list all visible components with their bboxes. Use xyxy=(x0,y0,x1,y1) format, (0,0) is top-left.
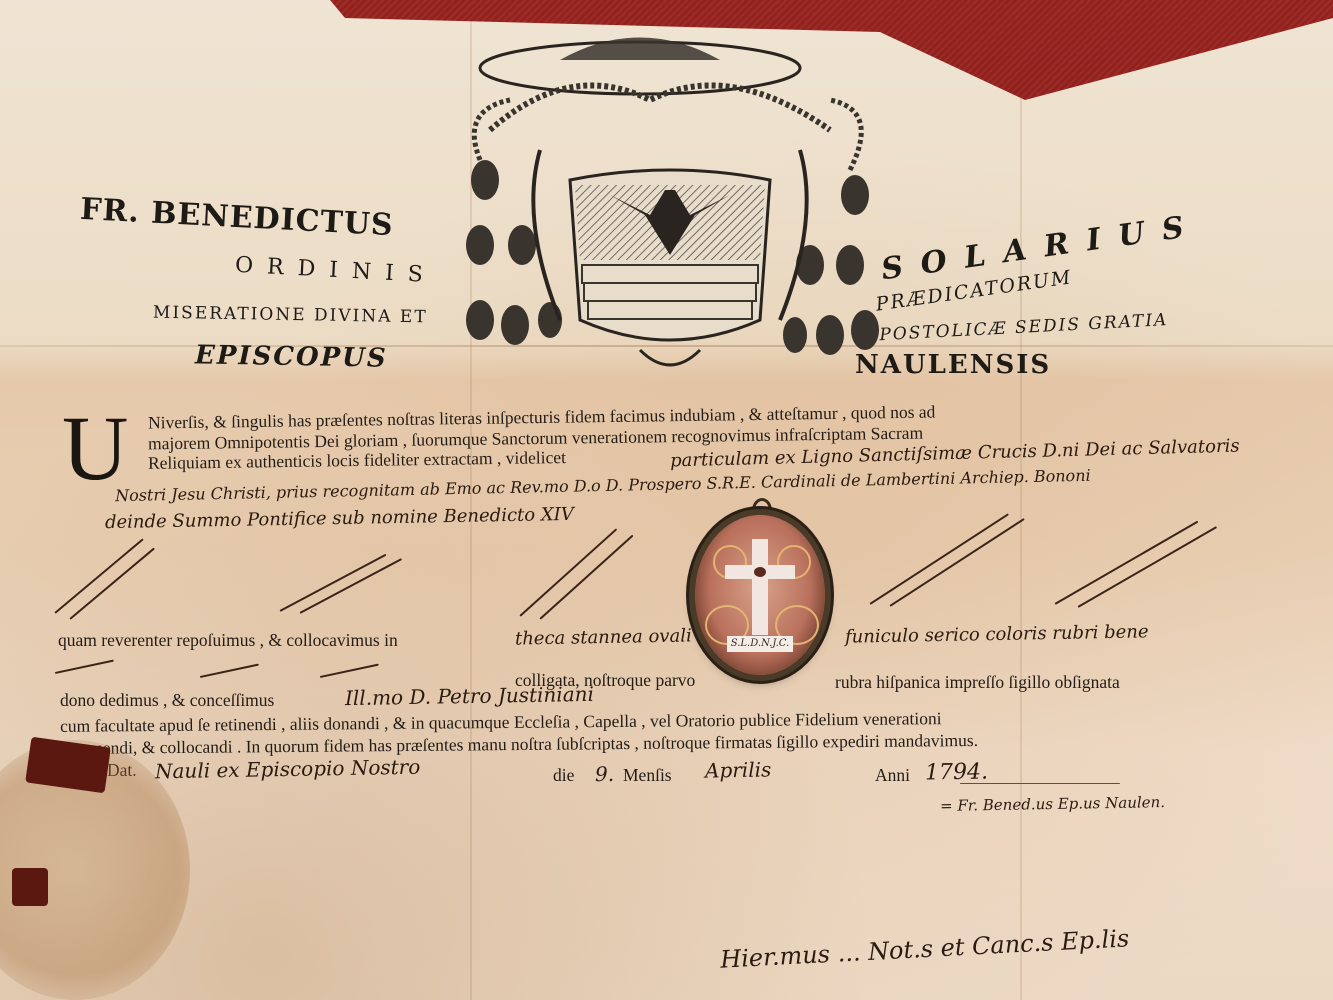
bishop-signature: = Fr. Bened.us Ep.us Naulen. xyxy=(940,793,1165,815)
heading-apostolicae: APOSTOLICÆ SEDIS GRATIA xyxy=(865,310,1169,346)
notary-signature: Hier.mus ... Not.s et Canc.s Ep.lis xyxy=(720,924,1130,973)
relic-fragment xyxy=(754,567,766,577)
pen-stroke xyxy=(300,558,402,614)
body-line-4-handwritten: Nostri Jesu Christi, prius recognitam ab… xyxy=(115,466,1091,505)
pen-stroke xyxy=(280,554,387,612)
heading-order-left: ORDINIS xyxy=(234,253,437,289)
body-line-5-handwritten: deinde Summo Pontifice sub nomine Benedi… xyxy=(105,504,574,533)
signature-rule xyxy=(960,783,1120,784)
mensis-label: Menſis xyxy=(623,765,672,785)
pen-stroke xyxy=(889,518,1024,607)
pen-stroke xyxy=(539,535,633,620)
pen-stroke xyxy=(320,664,379,678)
pen-stroke xyxy=(69,548,155,620)
anni-label: Anni xyxy=(875,765,910,785)
body-line-6-handwritten-a: theca stannea ovali xyxy=(515,625,692,649)
heading-miseratione: MISERATIONE DIVINA ET xyxy=(153,303,428,328)
body-line-6-handwritten-b: funiculo serico coloris rubri bene xyxy=(845,621,1149,647)
heading-episcopus: EPISCOPUS xyxy=(195,340,388,373)
document-paper: FR. BENEDICTUS ORDINIS MISERATIONE DIVIN… xyxy=(0,0,1333,1000)
die-label: die xyxy=(553,765,574,785)
heading-name-left: FR. BENEDICTUS xyxy=(79,192,394,243)
die-value: 9. xyxy=(595,762,615,786)
body-line-6-print: quam reverenter repoſuimus , & collocavi… xyxy=(58,630,398,650)
pen-stroke xyxy=(869,513,1008,605)
fold-line-vertical xyxy=(1020,0,1022,1000)
pen-stroke xyxy=(1078,526,1218,608)
anni-value: 1794. xyxy=(925,759,988,785)
pen-stroke xyxy=(54,538,143,613)
drop-cap: U xyxy=(62,402,128,494)
body-line-8-print: dono dedimus , & conceſſimus xyxy=(60,690,274,710)
reliquary-theca: S.L.D.N.J.C. xyxy=(695,515,825,675)
dat-place: Nauli ex Episcopio Nostro xyxy=(155,755,421,784)
pen-stroke xyxy=(1055,521,1199,605)
cross-icon xyxy=(752,539,768,635)
wax-remnant xyxy=(12,868,48,906)
pen-stroke xyxy=(200,664,259,678)
mensis-value: Aprilis xyxy=(705,757,772,782)
coat-of-arms-icon xyxy=(450,20,890,400)
pen-stroke xyxy=(55,660,114,674)
relic-label: S.L.D.N.J.C. xyxy=(727,636,793,652)
pen-stroke xyxy=(519,528,617,616)
body-line-7-print-b: rubra hiſpanica impreſſo ſigillo obſigna… xyxy=(835,672,1120,692)
body-line-8-handwritten: Ill.mo D. Petro Justiniani xyxy=(345,682,594,710)
